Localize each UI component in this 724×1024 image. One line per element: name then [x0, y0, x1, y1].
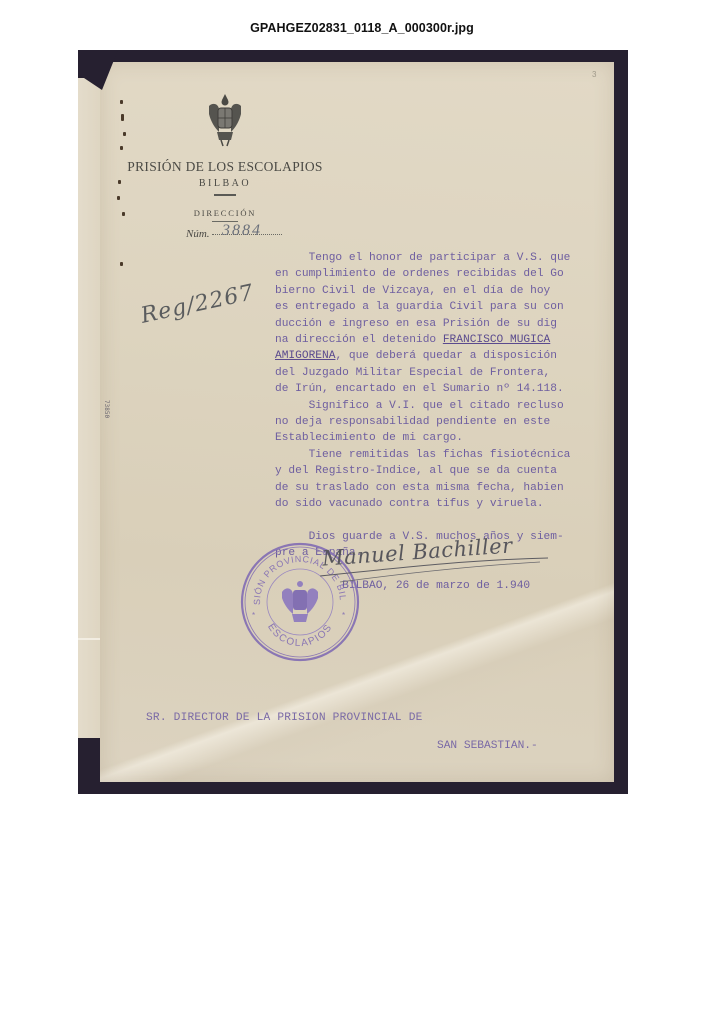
body-line: , que deberá quedar a disposición [335, 350, 557, 362]
body-line: ducción e ingreso en esa Prisión de su d… [275, 318, 557, 330]
letterhead: PRISIÓN DE LOS ESCOLAPIOS BILBAO DIRECCI… [120, 92, 330, 222]
coat-of-arms-eagle-icon [205, 92, 245, 148]
body-line: Tiene remitidas las fichas fisiotécnica [275, 449, 570, 461]
side-number: 73850 [103, 400, 110, 418]
body-line: Tengo el honor de participar a V.S. que [275, 252, 570, 264]
stamp-bottom-text: ESCOLAPIOS [265, 622, 335, 649]
number-label: Núm. [186, 228, 210, 240]
body-line: Significo a V.I. que el citado recluso [275, 400, 564, 412]
department-label: DIRECCIÓN [120, 208, 330, 218]
handwritten-number: 3884 [222, 222, 262, 240]
addressee-line-2: SAN SEBASTIAN.- [437, 740, 538, 752]
svg-text:*: * [252, 611, 255, 620]
detainee-name: FRANCISCO MUGICA [443, 334, 550, 346]
body-line: de su traslado con esta misma fecha, hab… [275, 482, 564, 494]
ornament-divider [214, 194, 236, 196]
body-line: bierno Civil de Vizcaya, en el día de ho… [275, 285, 550, 297]
body-line: do sido vacunado contra tifus y viruela. [275, 498, 544, 510]
body-line: de Irún, encartado en el Sumario nº 14.1… [275, 383, 564, 395]
body-line: es entregado a la guardia Civil para su … [275, 301, 564, 313]
body-line: no deja responsabilidad pendiente en est… [275, 416, 550, 428]
body-line: del Juzgado Militar Especial de Frontera… [275, 367, 550, 379]
eagle-seal-icon [282, 581, 318, 622]
svg-text:*: * [342, 611, 345, 620]
detainee-surname: AMIGORENA [275, 350, 335, 362]
body-line: na dirección el detenido [275, 334, 443, 346]
body-line: Establecimiento de mi cargo. [275, 432, 463, 444]
body-line: y del Registro-Indice, al que se da cuen… [275, 465, 557, 477]
institution-city: BILBAO [120, 178, 330, 189]
file-title: GPAHGEZ02831_0118_A_000300r.jpg [0, 21, 724, 35]
institution-name: PRISIÓN DE LOS ESCOLAPIOS [120, 159, 330, 175]
corner-mark: 3 [592, 70, 596, 79]
addressee-line-1: SR. DIRECTOR DE LA PRISION PROVINCIAL DE [146, 712, 423, 724]
body-line: en cumplimiento de ordenes recibidas del… [275, 268, 564, 280]
